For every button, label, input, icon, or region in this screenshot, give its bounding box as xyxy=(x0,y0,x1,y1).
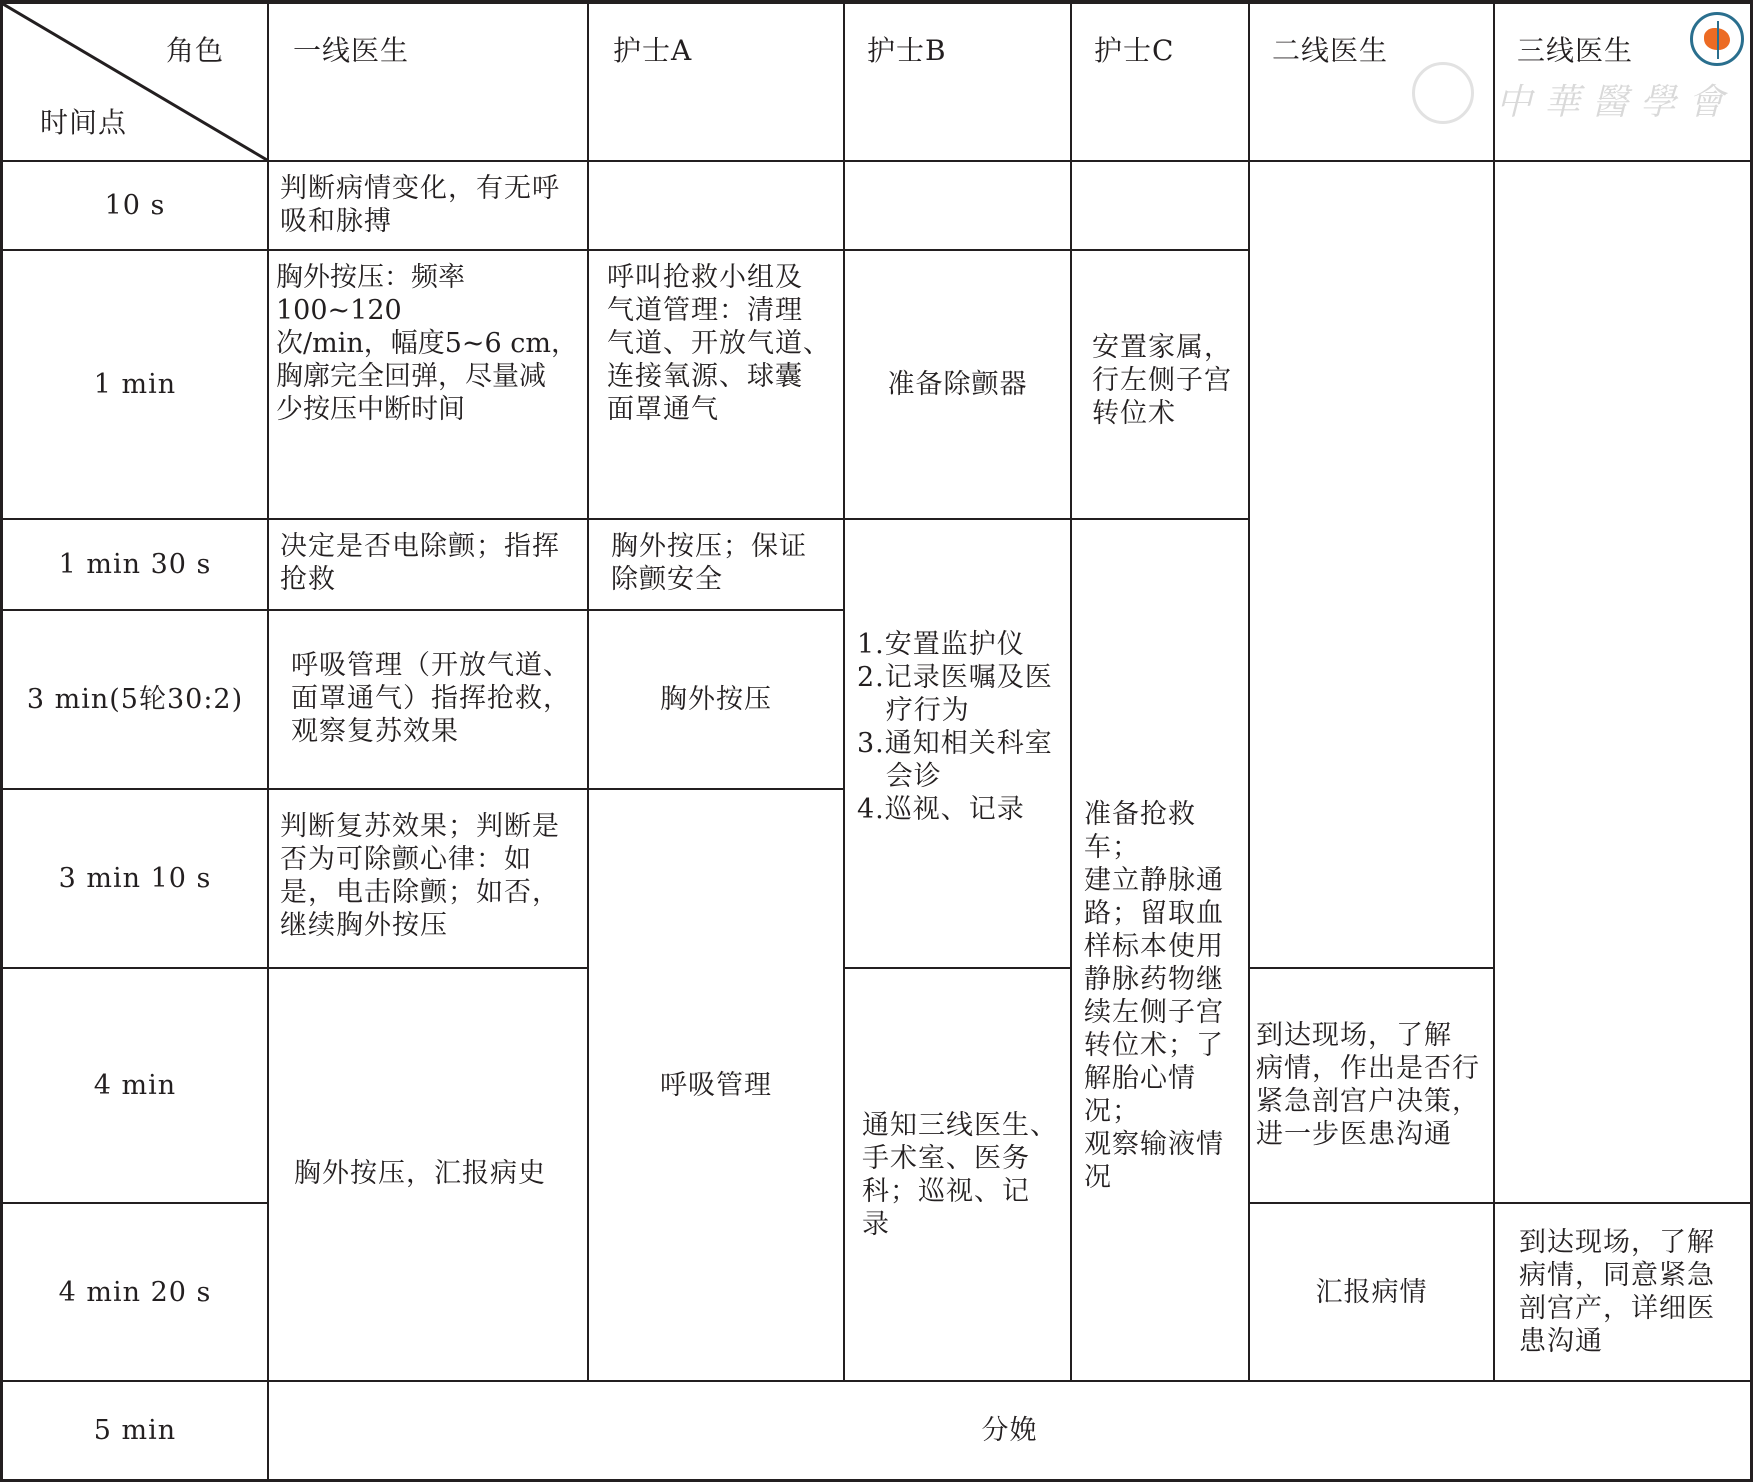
nurse-b-10s-cell xyxy=(843,160,1072,251)
cell-text: 准备除颤器 xyxy=(888,368,1028,401)
time-cell: 4 min 20 s xyxy=(0,1202,269,1382)
cell-text: 到达现场，了解 病情，同意紧急 剖宫产，详细医 患沟通 xyxy=(1519,1226,1715,1358)
cell-text: 1.安置监护仪 2.记录医嘱及医 疗行为 3.通知相关科室 会诊 4.巡视、记录 xyxy=(857,628,1053,826)
time-cell: 5 min xyxy=(0,1380,269,1482)
time-cell: 4 min xyxy=(0,967,269,1204)
watermark-text: 中華醫學會 xyxy=(1496,74,1736,125)
cell-text: 判断复苏效果；判断是 否为可除颤心律：如 是，电击除颤；如否， 继续胸外按压 xyxy=(280,810,560,942)
nurse-c-10s-cell xyxy=(1070,160,1250,251)
time-label: 3 min(5轮30:2) xyxy=(27,683,243,716)
role-label: 护士B xyxy=(867,34,947,67)
time-label: 5 min xyxy=(94,1414,176,1447)
role-label: 三线医生 xyxy=(1517,34,1633,67)
time-label: 4 min xyxy=(94,1069,176,1102)
first-line-1min-cell: 胸外按压：频率100~120 次/min，幅度5~6 cm， 胸廓完全回弹，尽量… xyxy=(267,249,589,520)
role-label: 二线医生 xyxy=(1272,34,1388,67)
cell-text: 胸外按压：频率100~120 次/min，幅度5~6 cm， 胸廓完全回弹，尽量… xyxy=(276,261,587,426)
cell-text: 分娩 xyxy=(982,1414,1038,1447)
header-role-first-line-doctor: 一线医生 xyxy=(267,0,589,162)
time-cell: 1 min xyxy=(0,249,269,520)
time-cell: 10 s xyxy=(0,160,269,251)
role-label: 一线医生 xyxy=(293,34,409,67)
time-cell: 3 min(5轮30:2) xyxy=(0,609,269,790)
nurse-a-1min30s-cell: 胸外按压；保证 除颤安全 xyxy=(587,518,845,611)
header-corner-cell: 角色 时间点 xyxy=(0,0,269,162)
header-role-nurse-b: 护士B xyxy=(843,0,1072,162)
time-cell: 1 min 30 s xyxy=(0,518,269,611)
first-line-3min10s-cell: 判断复苏效果；判断是 否为可除颤心律：如 是，电击除颤；如否， 继续胸外按压 xyxy=(267,788,589,969)
cell-text: 呼叫抢救小组及 气道管理：清理 气道、开放气道、 连接氧源、球囊 面罩通气 xyxy=(607,261,831,426)
cell-text: 准备抢救车； 建立静脉通 路；留取血 样标本使用 静脉药物继 续左侧子宫 转位术… xyxy=(1084,798,1248,1194)
header-role-nurse-a: 护士A xyxy=(587,0,845,162)
role-label: 护士A xyxy=(613,34,692,67)
cell-text: 呼吸管理（开放气道、 面罩通气）指挥抢救， 观察复苏效果 xyxy=(291,649,571,748)
cell-text: 决定是否电除颤；指挥 抢救 xyxy=(280,530,560,596)
cell-text: 呼吸管理 xyxy=(660,1069,772,1102)
first-line-4min-cell: 胸外按压，汇报病史 xyxy=(267,967,589,1382)
time-label: 3 min 10 s xyxy=(59,862,212,895)
nurse-a-3min-cell: 胸外按压 xyxy=(587,609,845,790)
first-line-10s-cell: 判断病情变化，有无呼 吸和脉搏 xyxy=(267,160,589,251)
nurse-a-1min-cell: 呼叫抢救小组及 气道管理：清理 气道、开放气道、 连接氧源、球囊 面罩通气 xyxy=(587,249,845,520)
header-role-nurse-c: 护士C xyxy=(1070,0,1250,162)
corner-label-role: 角色 xyxy=(166,34,224,67)
first-line-3min-cell: 呼吸管理（开放气道、 面罩通气）指挥抢救， 观察复苏效果 xyxy=(267,609,589,790)
nurse-b-1min-cell: 准备除颤器 xyxy=(843,249,1072,520)
nurse-a-10s-cell xyxy=(587,160,845,251)
time-label: 1 min xyxy=(94,368,176,401)
cell-text: 通知三线医生、 手术室、医务 科；巡视、记 录 xyxy=(862,1109,1058,1241)
nurse-a-3min10s-cell: 呼吸管理 xyxy=(587,788,845,1382)
second-line-4min20s-cell: 汇报病情 xyxy=(1248,1202,1495,1382)
nurse-b-1min30s-cell: 1.安置监护仪 2.记录医嘱及医 疗行为 3.通知相关科室 会诊 4.巡视、记录 xyxy=(843,518,1072,969)
third-line-4min20s-cell: 到达现场，了解 病情，同意紧急 剖宫产，详细医 患沟通 xyxy=(1493,1202,1753,1382)
cell-text: 胸外按压 xyxy=(660,683,772,716)
corner-label-time: 时间点 xyxy=(40,106,127,139)
cell-text: 到达现场，了解 病情，作出是否行 紧急剖宫户决策， 进一步医患沟通 xyxy=(1256,1019,1480,1151)
role-label: 护士C xyxy=(1094,34,1174,67)
cell-text: 胸外按压，汇报病史 xyxy=(294,1157,546,1190)
third-line-blank-cell xyxy=(1493,160,1753,1204)
chinese-medical-association-logo-icon xyxy=(1690,12,1744,66)
time-label: 1 min 30 s xyxy=(59,548,212,581)
first-line-1min30s-cell: 决定是否电除颤；指挥 抢救 xyxy=(267,518,589,611)
second-line-4min-cell: 到达现场，了解 病情，作出是否行 紧急剖宫户决策， 进一步医患沟通 xyxy=(1248,967,1495,1204)
nurse-c-1min30s-cell: 准备抢救车； 建立静脉通 路；留取血 样标本使用 静脉药物继 续左侧子宫 转位术… xyxy=(1070,518,1250,1382)
cell-text: 汇报病情 xyxy=(1316,1276,1428,1309)
watermark-seal-icon xyxy=(1412,62,1474,124)
nurse-c-1min-cell: 安置家属， 行左侧子宫 转位术 xyxy=(1070,249,1250,520)
cell-text: 判断病情变化，有无呼 吸和脉搏 xyxy=(280,172,560,238)
time-label: 4 min 20 s xyxy=(59,1276,212,1309)
delivery-5min-cell: 分娩 xyxy=(267,1380,1753,1482)
nurse-b-4min-cell: 通知三线医生、 手术室、医务 科；巡视、记 录 xyxy=(843,967,1072,1382)
cell-text: 安置家属， 行左侧子宫 转位术 xyxy=(1092,331,1232,430)
time-cell: 3 min 10 s xyxy=(0,788,269,969)
second-line-blank-cell xyxy=(1248,160,1495,969)
cell-text: 胸外按压；保证 除颤安全 xyxy=(611,530,807,596)
time-label: 10 s xyxy=(105,189,166,222)
